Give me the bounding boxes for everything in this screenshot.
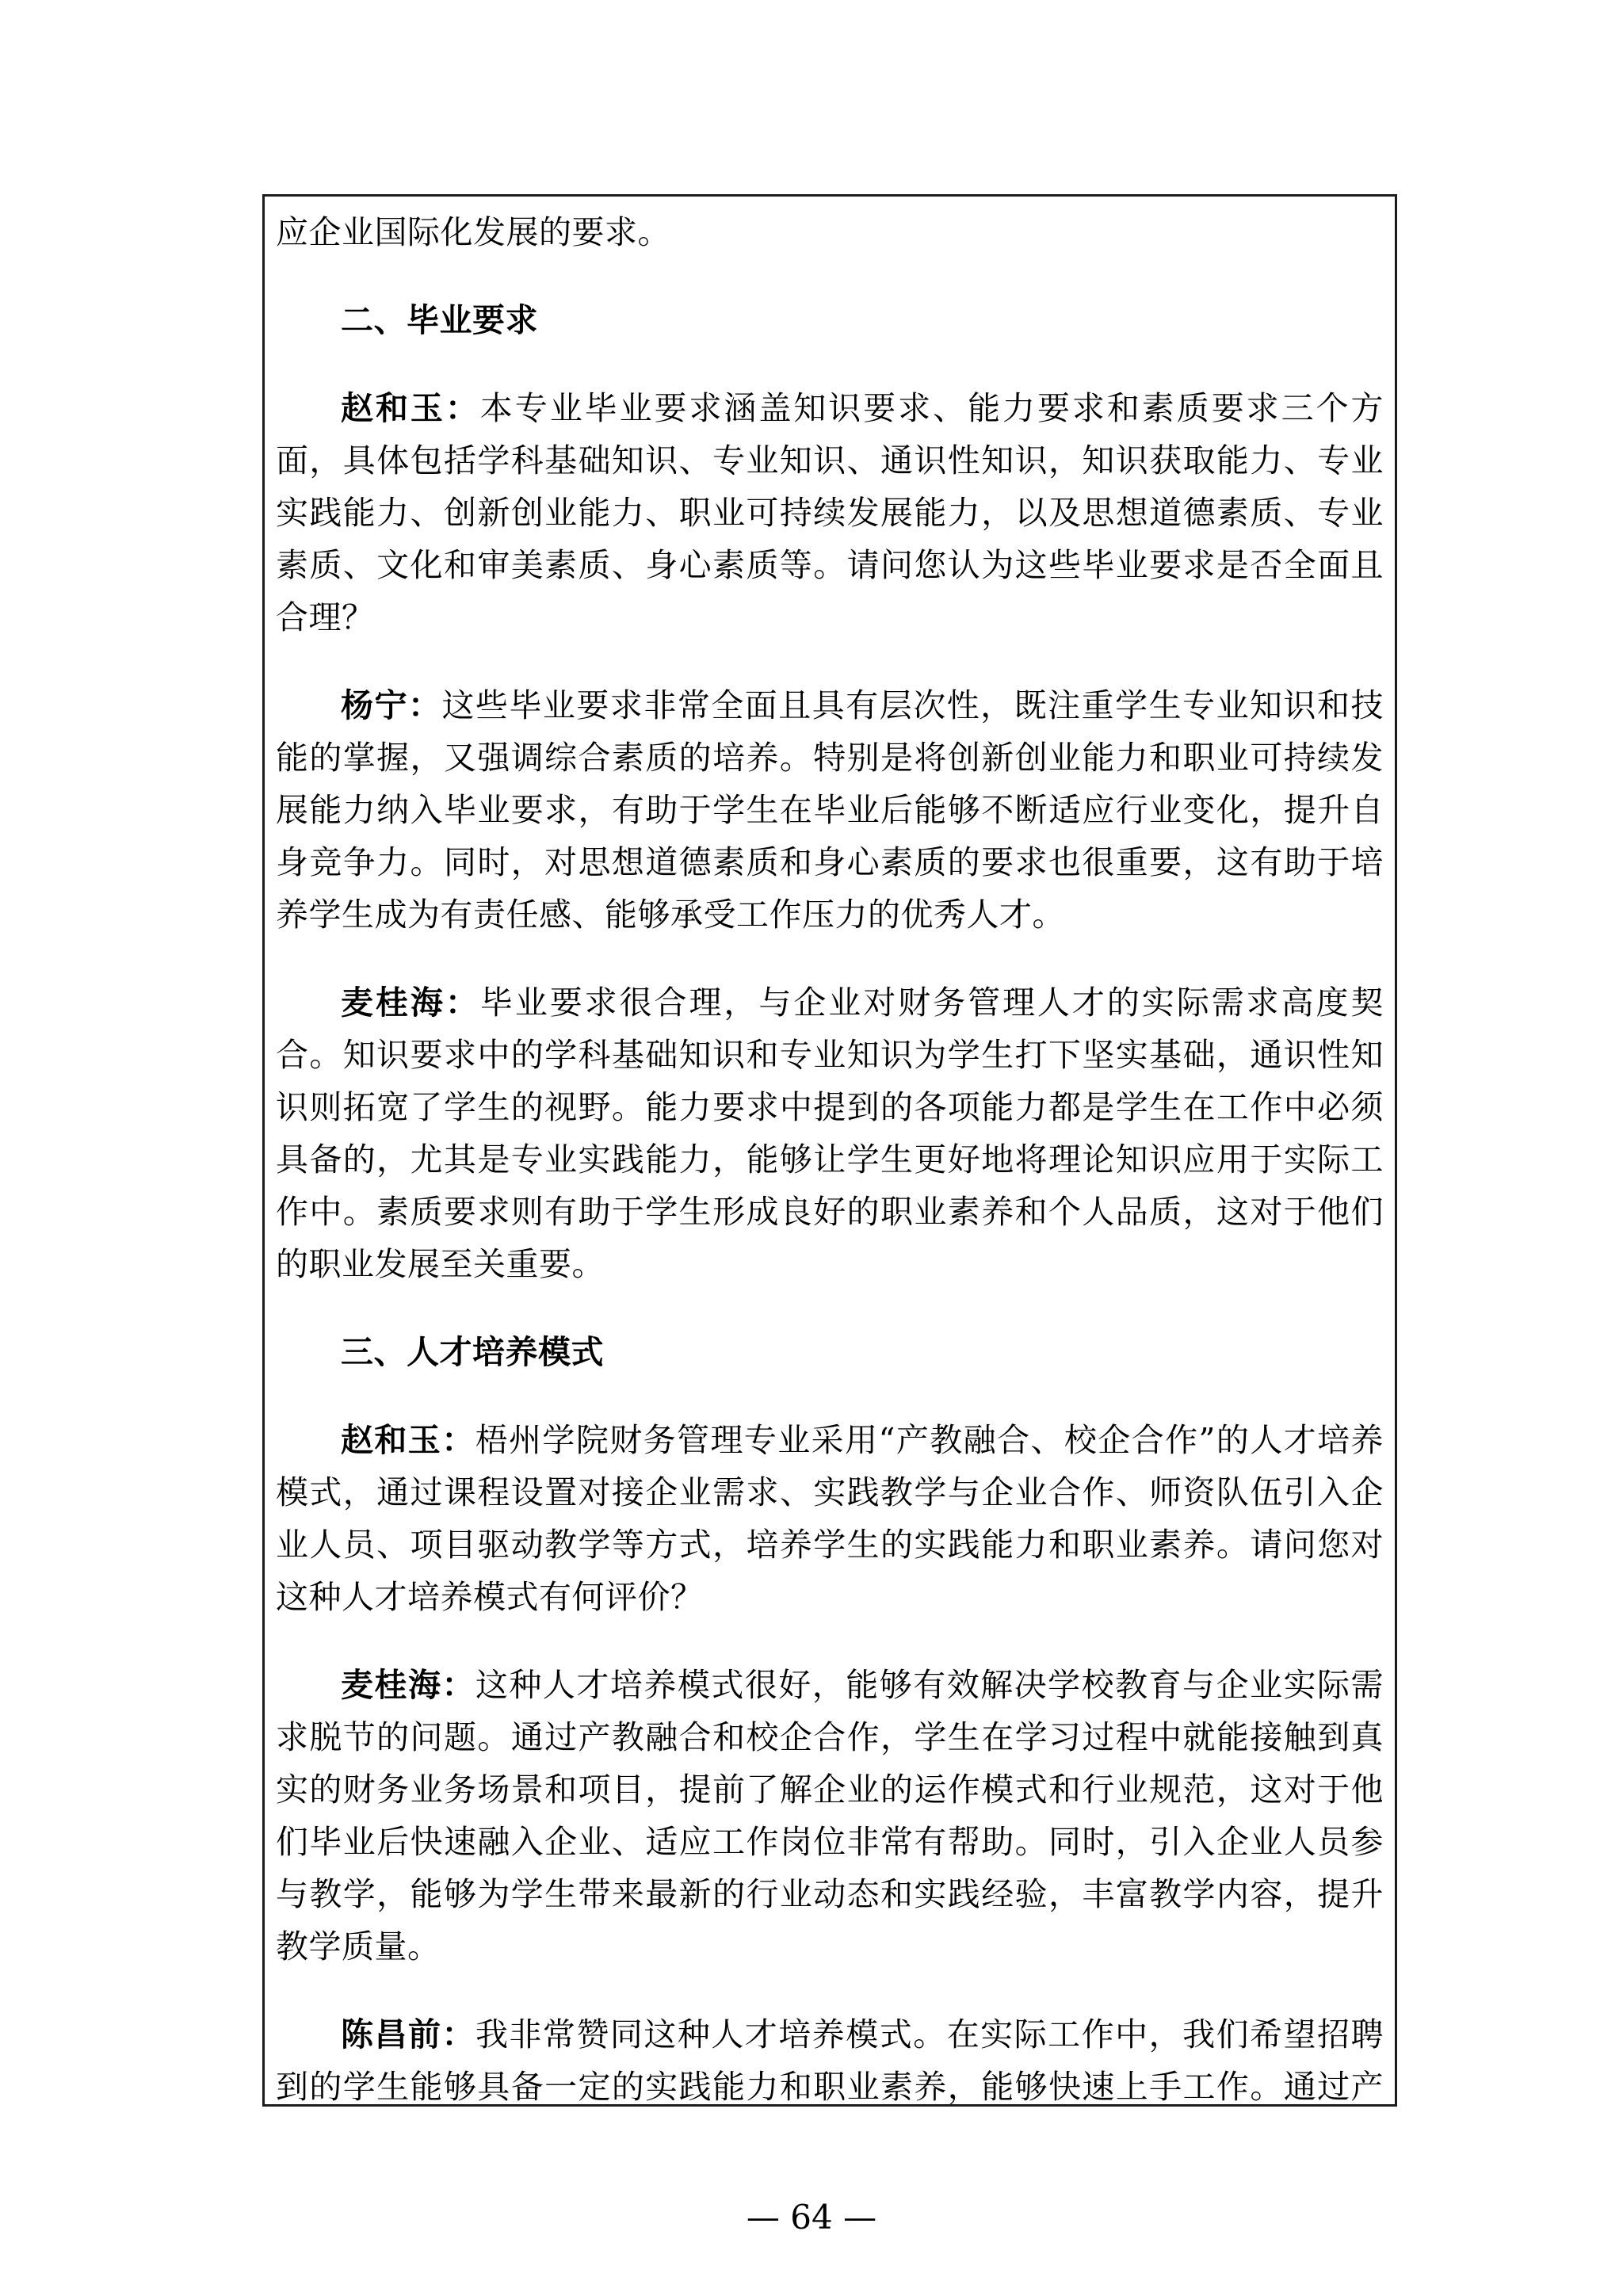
speaker-label: 赵和玉： [341,1421,475,1459]
dialogue-paragraph-yang-ning: 杨宁：这些毕业要求非常全面且具有层次性，既注重学生专业知识和技能的掌握，又强调综… [276,679,1384,941]
section-heading-text: 三、人才培养模式 [341,1333,604,1371]
dialogue-paragraph-chen-changqian: 陈昌前：我非常赞同这种人才培养模式。在实际工作中，我们希望招聘到的学生能够具备一… [276,2008,1384,2107]
document-page: 应企业国际化发展的要求。 二、毕业要求 赵和玉：本专业毕业要求涵盖知识要求、能力… [0,0,1623,2296]
section-heading-text: 二、毕业要求 [341,301,538,339]
dialogue-paragraph-zhao-heyu-1: 赵和玉：本专业毕业要求涵盖知识要求、能力要求和素质要求三个方面，具体包括学科基础… [276,382,1384,644]
speaker-label: 赵和玉： [341,389,480,427]
section-heading-graduation-requirements: 二、毕业要求 [276,294,1384,346]
speaker-label: 杨宁： [341,686,441,724]
dialogue-paragraph-mai-guihai-1: 麦桂海：毕业要求很合理，与企业对财务管理人才的实际需求高度契合。知识要求中的学科… [276,976,1384,1290]
section-heading-talent-cultivation-model: 三、人才培养模式 [276,1326,1384,1378]
dialogue-text: 这些毕业要求非常全面且具有层次性，既注重学生专业知识和技能的掌握，又强调综合素质… [276,686,1384,934]
continuation-text: 应企业国际化发展的要求。 [276,213,670,251]
speaker-label: 陈昌前： [341,2015,475,2053]
dialogue-text: 毕业要求很合理，与企业对财务管理人才的实际需求高度契合。知识要求中的学科基础知识… [276,984,1384,1283]
dialogue-paragraph-mai-guihai-2: 麦桂海：这种人才培养模式很好，能够有效解决学校教育与企业实际需求脱节的问题。通过… [276,1659,1384,1973]
speaker-label: 麦桂海： [341,1666,475,1704]
continuation-paragraph: 应企业国际化发展的要求。 [276,206,1384,258]
dialogue-paragraph-zhao-heyu-2: 赵和玉：梧州学院财务管理专业采用“产教融合、校企合作”的人才培养模式，通过课程设… [276,1414,1384,1623]
page-number: — 64 — [0,2195,1623,2240]
speaker-label: 麦桂海： [341,984,480,1022]
dialogue-text: 这种人才培养模式很好，能够有效解决学校教育与企业实际需求脱节的问题。通过产教融合… [276,1666,1384,1966]
content-border-box: 应企业国际化发展的要求。 二、毕业要求 赵和玉：本专业毕业要求涵盖知识要求、能力… [262,194,1397,2107]
